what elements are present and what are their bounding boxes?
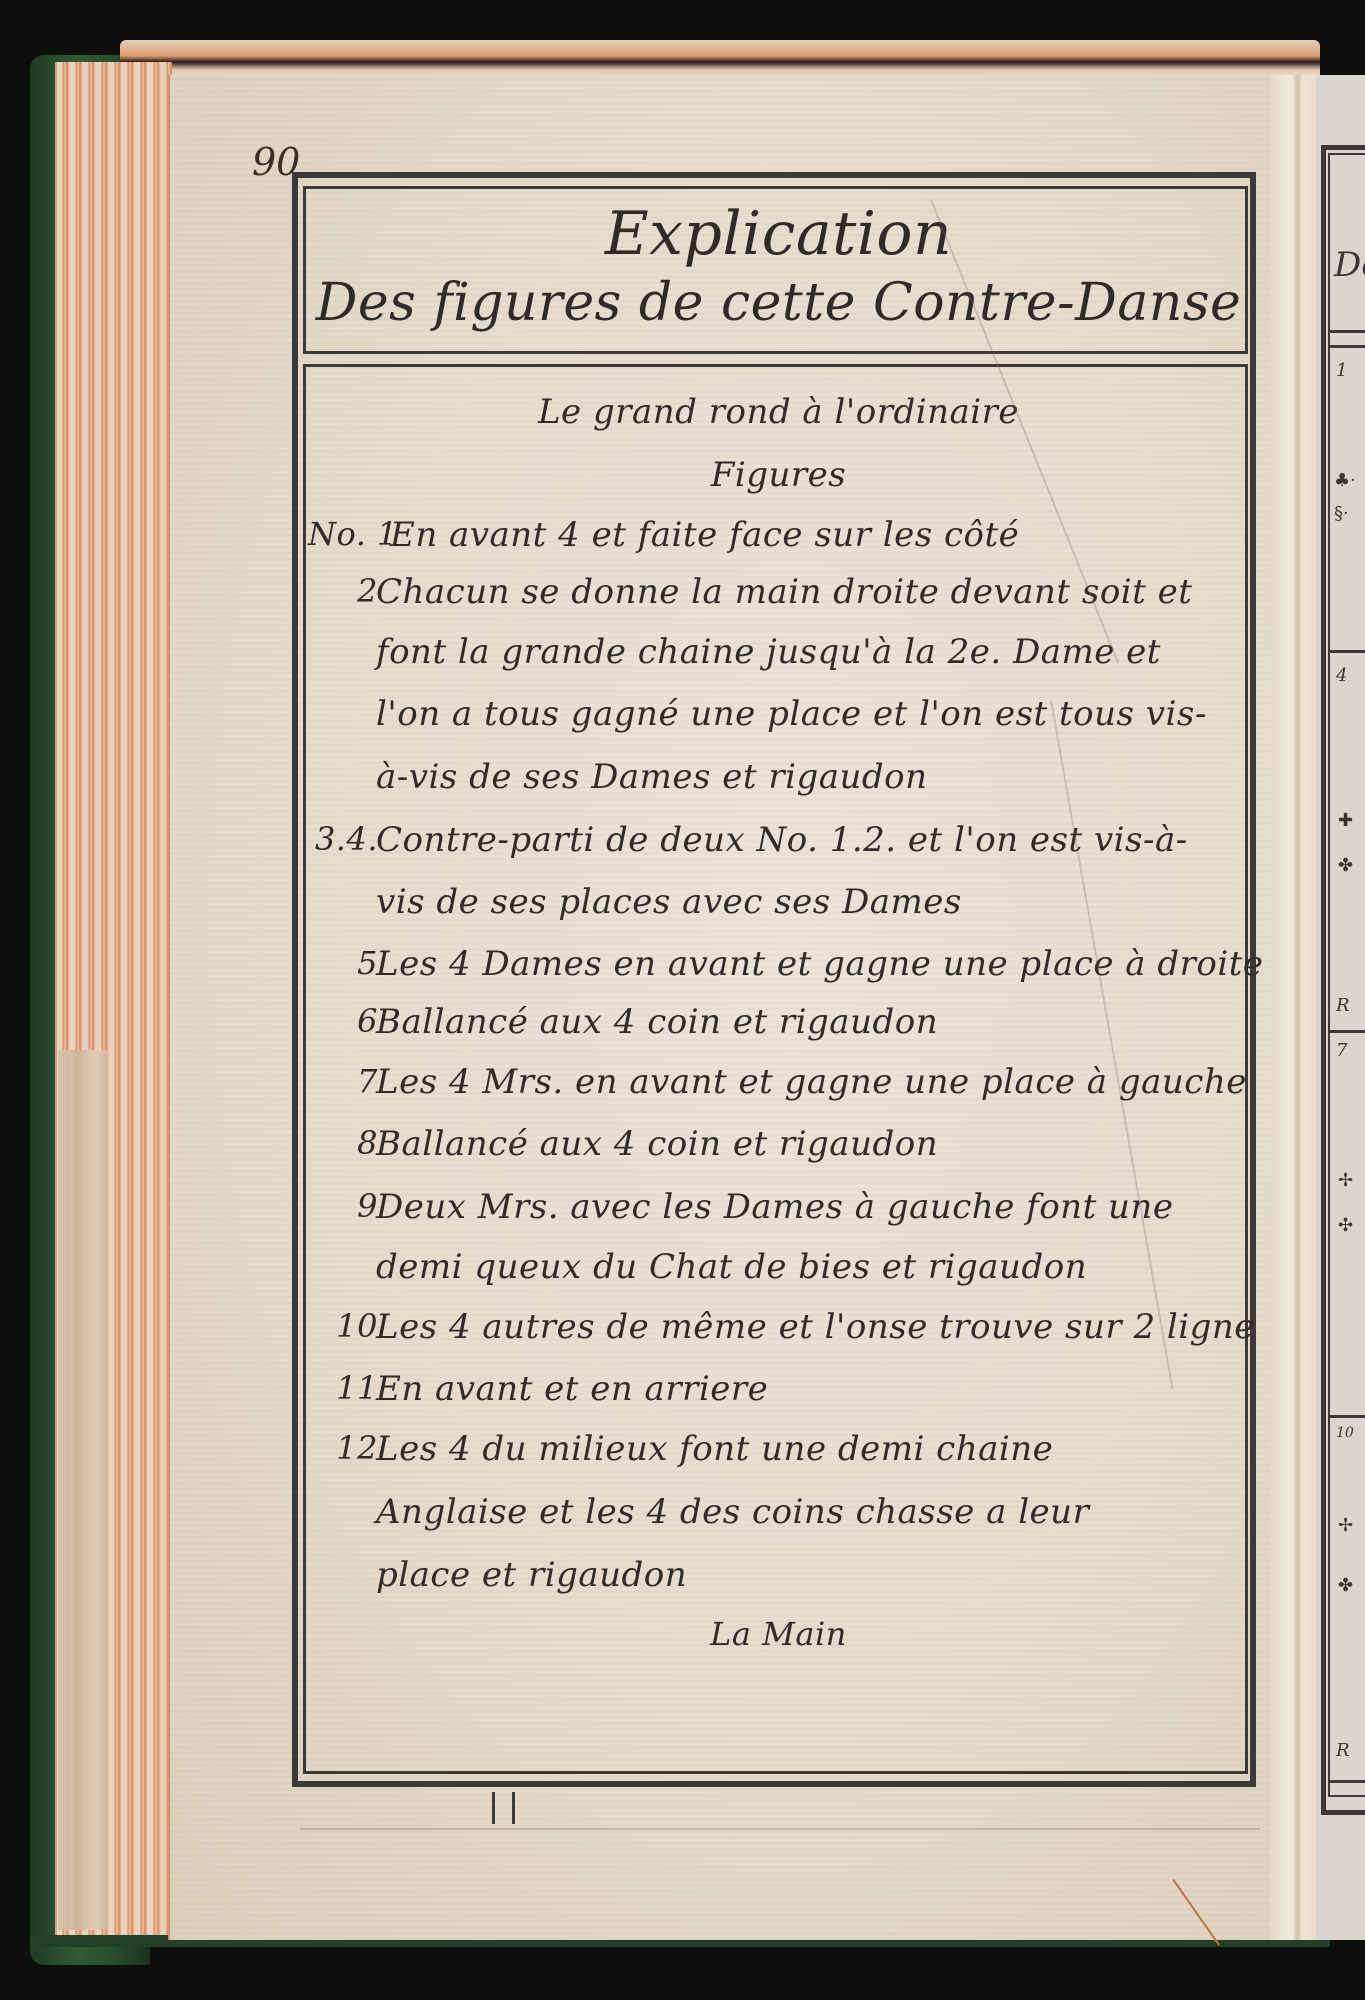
figure-text: Chacun se donne la main droite devant so… xyxy=(376,572,1192,612)
facing-cell-number: 4 xyxy=(1336,665,1347,686)
dancer-symbol-icon: ✣ xyxy=(1338,1215,1353,1236)
figure-text: Contre-parti de deux No. 1.2. et l'on es… xyxy=(376,820,1188,860)
dancer-symbol-icon: ✢ xyxy=(1338,1515,1353,1536)
figure-text: place et rigaudon xyxy=(376,1555,687,1595)
figure-text: Les 4 Dames en avant et gagne une place … xyxy=(376,944,1264,984)
facing-heading-fragment: De xyxy=(1334,245,1365,285)
worn-page-edges xyxy=(58,1050,108,1930)
facing-cell-number: R xyxy=(1336,1740,1350,1761)
facing-cell-number: 10 xyxy=(1336,1425,1354,1441)
figure-number: 7 xyxy=(308,1062,378,1100)
figures-box: Le grand rond à l'ordinaire Figures No. … xyxy=(303,364,1248,1774)
figure-text: demi queux du Chat de bies et rigaudon xyxy=(376,1247,1087,1287)
intro-line: Le grand rond à l'ordinaire xyxy=(306,392,1251,432)
figure-text: Ballancé aux 4 coin et rigaudon xyxy=(376,1002,938,1042)
figure-number: No. 1 xyxy=(308,515,378,553)
facing-rule xyxy=(1328,1415,1365,1418)
facing-rule xyxy=(1328,650,1365,653)
facing-page: De 1 4 R 7 10 R ♣· §· ✚ ✤ ✢ ✣ ✢ ✤ xyxy=(1316,75,1365,1940)
dancer-symbol-icon: ✢ xyxy=(1338,1170,1353,1191)
figure-number: 11 xyxy=(308,1369,378,1407)
facing-cell-number: R xyxy=(1336,995,1350,1016)
title-explication: Explication xyxy=(306,199,1251,269)
figure-text: Les 4 autres de même et l'onse trouve su… xyxy=(376,1307,1255,1347)
dancer-symbol-icon: ♣· xyxy=(1334,470,1356,491)
figure-text: vis de ses places avec ses Dames xyxy=(376,882,962,922)
figure-text: font la grande chaine jusqu'à la 2e. Dam… xyxy=(376,632,1161,672)
figure-number: 9 xyxy=(308,1187,378,1225)
title-subtitle: Des figures de cette Contre-Danse xyxy=(306,273,1251,333)
facing-rule xyxy=(1328,330,1365,333)
figure-text: à-vis de ses Dames et rigaudon xyxy=(376,757,928,797)
figure-text: Ballancé aux 4 coin et rigaudon xyxy=(376,1124,938,1164)
show-through-rule xyxy=(300,1828,1260,1830)
facing-cell-number: 7 xyxy=(1336,1040,1347,1061)
figure-number: 10 xyxy=(308,1307,378,1345)
figure-text: l'on a tous gagné une place et l'on est … xyxy=(376,694,1207,734)
dancer-symbol-icon: §· xyxy=(1334,503,1349,524)
figure-number: 2 xyxy=(308,572,378,610)
figure-number: 8 xyxy=(308,1124,378,1162)
figure-number: 12 xyxy=(308,1429,378,1467)
dancer-symbol-icon: ✤ xyxy=(1338,855,1353,876)
engraving-mark xyxy=(492,1792,495,1824)
figure-number: 6 xyxy=(308,1002,378,1040)
facing-rule xyxy=(1328,1030,1365,1033)
figure-text: Deux Mrs. avec les Dames à gauche font u… xyxy=(376,1187,1173,1227)
figure-number: 5 xyxy=(308,944,378,982)
dancer-symbol-icon: ✤ xyxy=(1338,1575,1353,1596)
facing-frame-inner xyxy=(1328,153,1365,1797)
section-heading: Figures xyxy=(306,455,1251,495)
book-gutter xyxy=(1270,75,1320,1940)
dancer-symbol-icon: ✚ xyxy=(1338,810,1353,831)
closing-line: La Main xyxy=(306,1615,1251,1653)
title-box: Explication Des figures de cette Contre-… xyxy=(303,186,1248,354)
figure-text: En avant et en arriere xyxy=(376,1369,768,1409)
figure-text: En avant 4 et faite face sur les côté xyxy=(390,515,1019,555)
figure-number: 3.4. xyxy=(308,820,378,858)
figure-text: Les 4 du milieux font une demi chaine xyxy=(376,1429,1053,1469)
engraving-mark xyxy=(512,1792,515,1824)
facing-cell-number: 1 xyxy=(1336,360,1347,381)
figure-text: Anglaise et les 4 des coins chasse a leu… xyxy=(376,1492,1089,1532)
page-stack-top-edge xyxy=(120,40,1320,80)
facing-rule xyxy=(1328,345,1365,348)
facing-rule xyxy=(1328,1780,1365,1783)
